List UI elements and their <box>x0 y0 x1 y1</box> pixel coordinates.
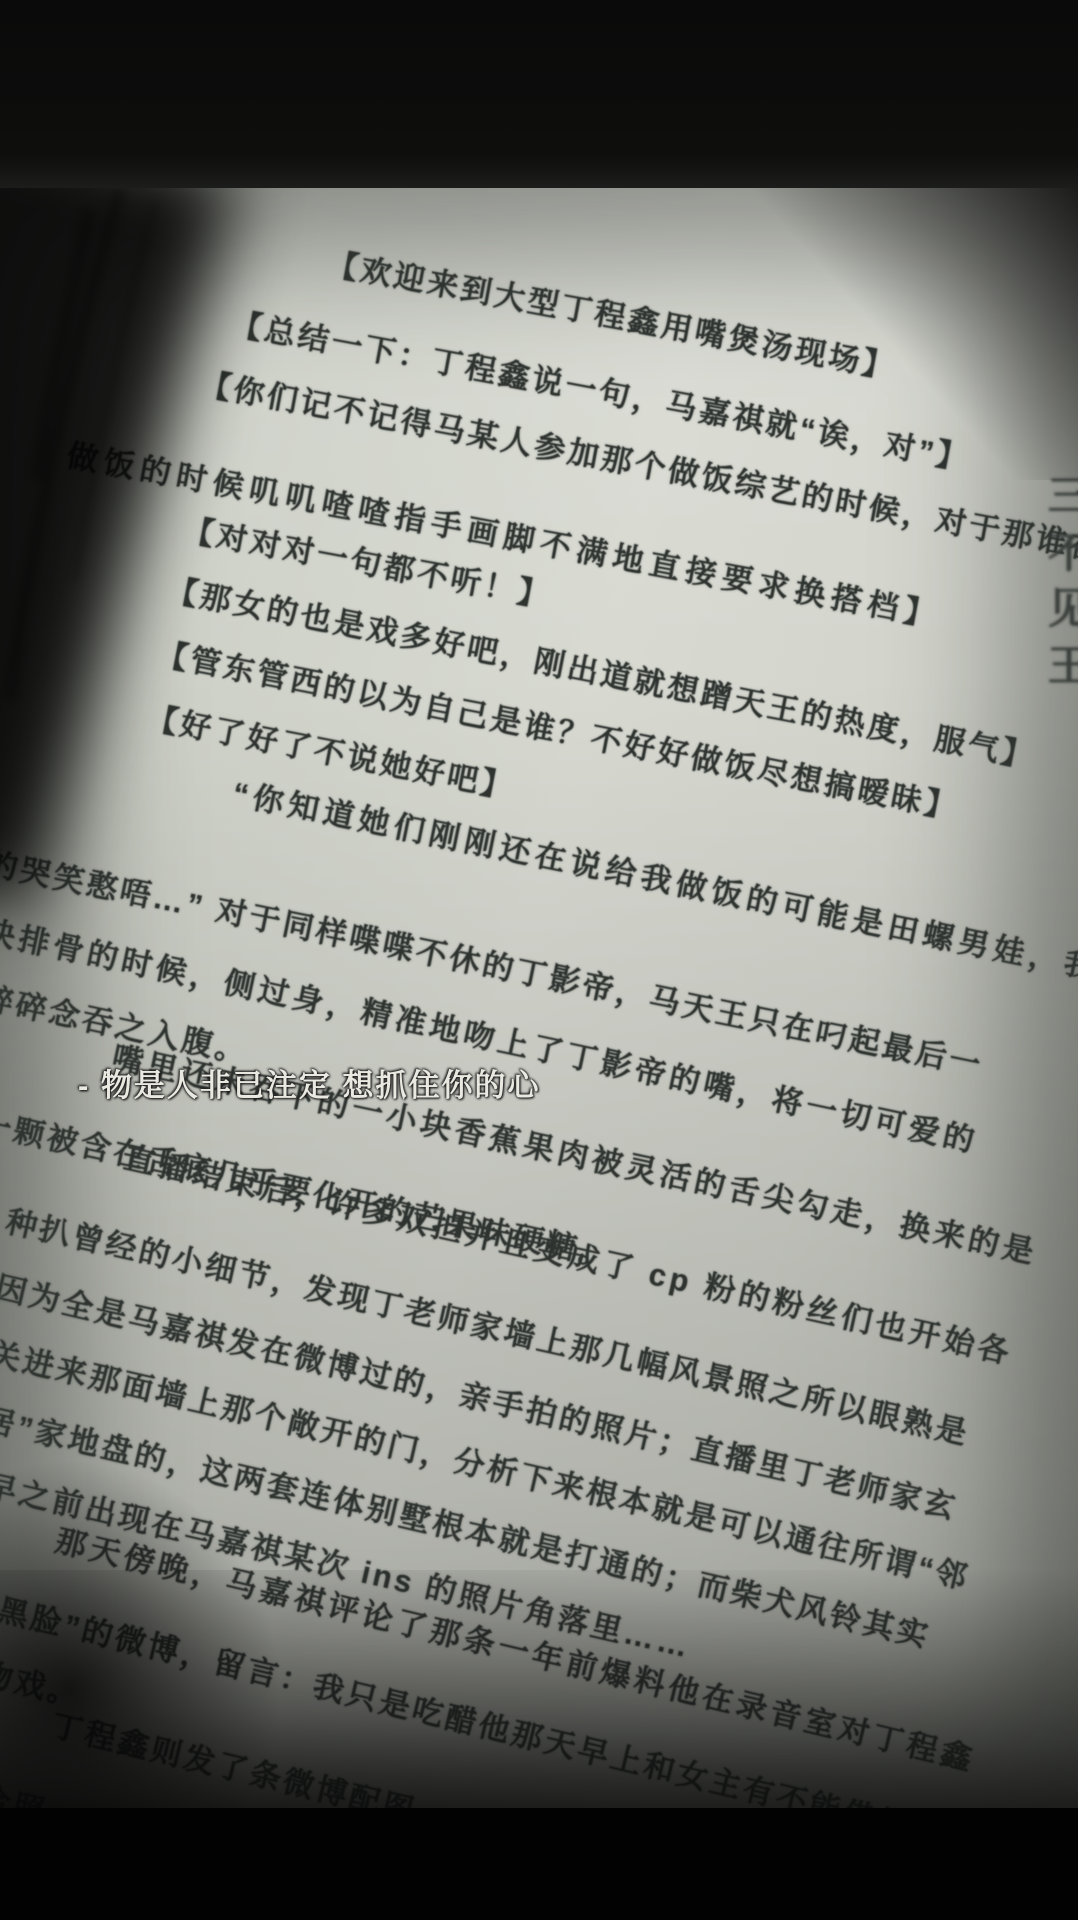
printed-text-block: 【欢迎来到大型丁程鑫用嘴煲汤现场】 【总结一下：丁程鑫说一句，马嘉祺就“诶，对”… <box>0 0 1078 1920</box>
subtitle-watermark: - 物是人非已注定 想抓住你的心 <box>78 1060 541 1105</box>
photo-of-book-page: 【欢迎来到大型丁程鑫用嘴煲汤现场】 【总结一下：丁程鑫说一句，马嘉祺就“诶，对”… <box>0 0 1078 1920</box>
right-edge-vertical-text: 三不见王？ <box>1048 468 1078 695</box>
printed-line: 合照 <box>0 1772 52 1832</box>
printed-line: 丁程鑫则发了条微博配图 <box>47 1700 421 1831</box>
